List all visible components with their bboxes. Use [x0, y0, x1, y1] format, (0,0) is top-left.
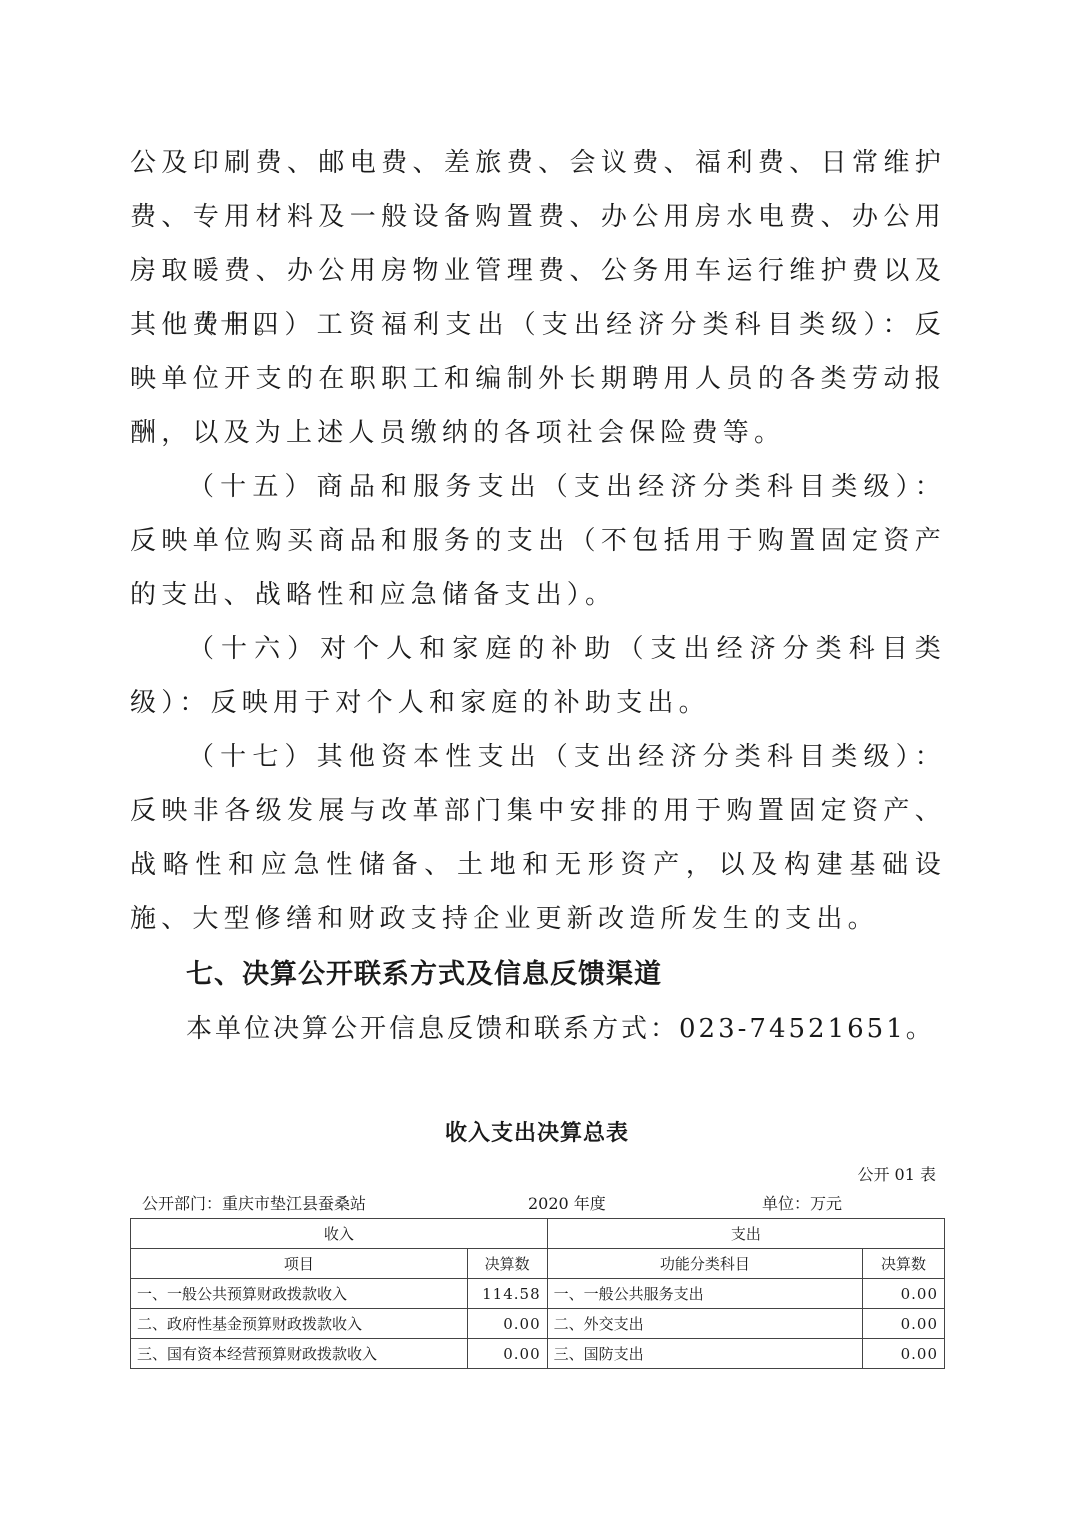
unit-label: 单位：万元 — [762, 1191, 842, 1214]
section-heading-contact: 七、决算公开联系方式及信息反馈渠道 — [186, 952, 662, 991]
table-code: 公开 01 表 — [857, 1162, 936, 1185]
fiscal-year: 2020 年度 — [528, 1191, 606, 1214]
table-title: 收入支出决算总表 — [0, 1116, 1074, 1147]
table-column-header-row: 项目 决算数 功能分类科目 决算数 — [131, 1249, 945, 1279]
paragraph-item-14: （十四）工资福利支出（支出经济分类科目类级）：反映单位开支的在职职工和编制外长期… — [130, 298, 946, 460]
income-item: 一、一般公共预算财政拨款收入 — [131, 1279, 468, 1309]
expense-item: 一、一般公共服务支出 — [547, 1279, 862, 1309]
table-group-header-row: 收入 支出 — [131, 1219, 945, 1249]
income-amount: 114.58 — [467, 1279, 547, 1309]
income-expense-summary-table: 收入 支出 项目 决算数 功能分类科目 决算数 一、一般公共预算财政拨款收入 1… — [130, 1218, 945, 1369]
contact-info: 本单位决算公开信息反馈和联系方式：023-74521651。 — [186, 1008, 935, 1045]
expense-amount: 0.00 — [863, 1309, 945, 1339]
expense-amount-column-header: 决算数 — [863, 1249, 945, 1279]
income-group-header: 收入 — [131, 1219, 548, 1249]
department-label: 公开部门：重庆市垫江县蚕桑站 — [142, 1191, 366, 1214]
expense-item-column-header: 功能分类科目 — [547, 1249, 862, 1279]
income-item: 二、政府性基金预算财政拨款收入 — [131, 1309, 468, 1339]
income-amount-column-header: 决算数 — [467, 1249, 547, 1279]
paragraph-item-15: （十五）商品和服务支出（支出经济分类科目类级）：反映单位购买商品和服务的支出（不… — [130, 460, 946, 622]
expense-item: 二、外交支出 — [547, 1309, 862, 1339]
income-item-column-header: 项目 — [131, 1249, 468, 1279]
income-item: 三、国有资本经营预算财政拨款收入 — [131, 1339, 468, 1369]
expense-group-header: 支出 — [547, 1219, 944, 1249]
expense-item: 三、国防支出 — [547, 1339, 862, 1369]
expense-amount: 0.00 — [863, 1339, 945, 1369]
paragraph-item-16: （十六）对个人和家庭的补助（支出经济分类科目类级）：反映用于对个人和家庭的补助支… — [130, 622, 946, 730]
expense-amount: 0.00 — [863, 1279, 945, 1309]
paragraph-item-17: （十七）其他资本性支出（支出经济分类科目类级）：反映非各级发展与改革部门集中安排… — [130, 730, 946, 946]
table-row: 一、一般公共预算财政拨款收入 114.58 一、一般公共服务支出 0.00 — [131, 1279, 945, 1309]
income-amount: 0.00 — [467, 1339, 547, 1369]
table-row: 二、政府性基金预算财政拨款收入 0.00 二、外交支出 0.00 — [131, 1309, 945, 1339]
table-row: 三、国有资本经营预算财政拨款收入 0.00 三、国防支出 0.00 — [131, 1339, 945, 1369]
income-amount: 0.00 — [467, 1309, 547, 1339]
